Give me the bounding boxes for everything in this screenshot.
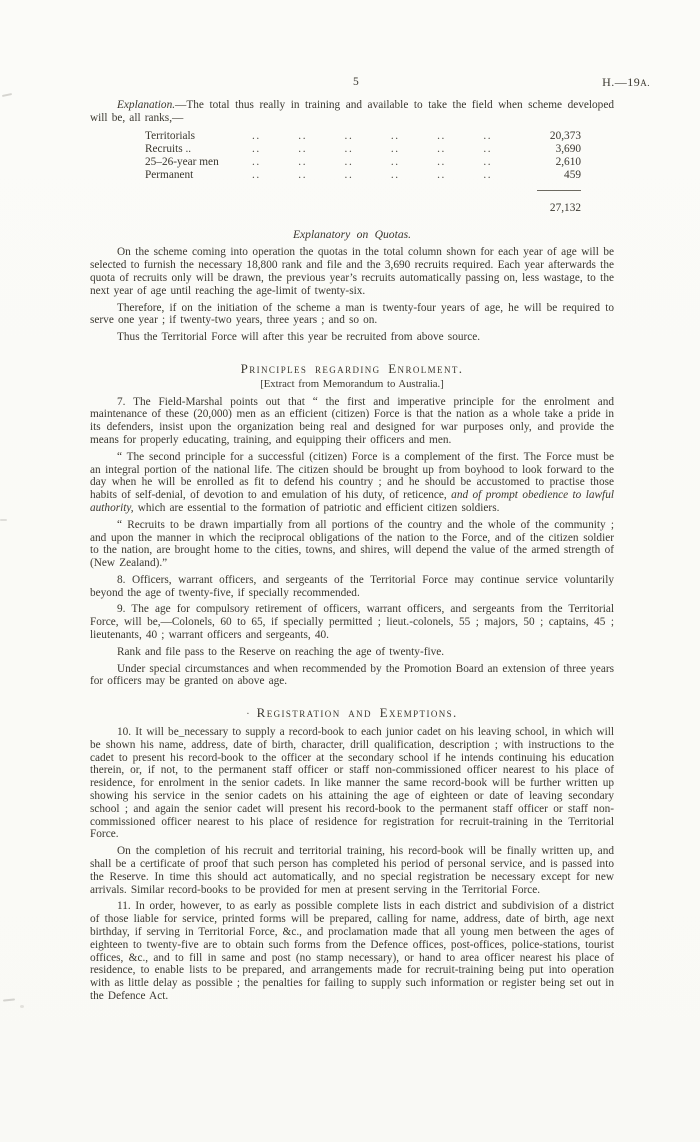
scan-artifact bbox=[3, 998, 15, 1001]
page-content: 5 H.—19A. Explanation.—The total thus re… bbox=[90, 76, 614, 1007]
report-number-main: H.—19 bbox=[602, 75, 640, 89]
quotas-paragraph-3: Thus the Territorial Force will after th… bbox=[90, 331, 614, 344]
row-label: Permanent bbox=[145, 169, 248, 182]
total-value: 27,132 bbox=[145, 202, 581, 215]
table-row: 25–26-year men .. .. .. .. .. .. .. 2,61… bbox=[145, 156, 581, 169]
row-label: Territorials bbox=[145, 130, 248, 143]
dot-leader: .. .. .. .. .. .. .. bbox=[248, 156, 525, 169]
table-row: Recruits .. .. .. .. .. .. .. .. 3,690 bbox=[145, 143, 581, 156]
quotas-paragraph-1: On the scheme coming into operation the … bbox=[90, 246, 614, 297]
explanation-lead: Explanation. bbox=[117, 99, 175, 111]
enrolment-paragraph-recruits: “ Recruits to be drawn impartially from … bbox=[90, 519, 614, 570]
explanation-paragraph: Explanation.—The total thus really in tr… bbox=[90, 99, 614, 125]
second-principle-post: which are essential to the formation of … bbox=[134, 502, 500, 514]
row-value: 2,610 bbox=[525, 156, 581, 169]
section-heading-registration: ·Registration and Exemptions. bbox=[90, 707, 614, 722]
row-value: 3,690 bbox=[525, 143, 581, 156]
dot-leader: .. .. .. .. .. .. .. bbox=[248, 130, 525, 143]
registration-heading-text: Registration and Exemptions. bbox=[257, 705, 458, 720]
row-label: Recruits .. bbox=[145, 143, 248, 156]
enrolment-paragraph-special: Under special circumstances and when rec… bbox=[90, 663, 614, 689]
dot-leader: .. .. .. .. .. .. .. bbox=[248, 169, 525, 182]
page-header: 5 H.—19A. bbox=[90, 76, 614, 91]
scan-artifact bbox=[0, 519, 7, 521]
enrolment-paragraph-second-principle: “ The second principle for a successful … bbox=[90, 451, 614, 515]
registration-paragraph-10: 10. It will be_necessary to supply a rec… bbox=[90, 726, 614, 841]
enrolment-paragraph-7: 7. The Field-Marshal points out that “ t… bbox=[90, 396, 614, 447]
report-number-suffix: A. bbox=[640, 78, 650, 88]
report-number: H.—19A. bbox=[602, 76, 650, 90]
dot-leader: .. .. .. .. .. .. .. bbox=[248, 143, 525, 156]
table-row: Permanent .. .. .. .. .. .. .. 459 bbox=[145, 169, 581, 182]
section-heading-enrolment: Principles regarding Enrolment. bbox=[90, 363, 614, 376]
registration-paragraph-completion: On the completion of his recruit and ter… bbox=[90, 845, 614, 896]
table-total: 27,132 bbox=[145, 182, 581, 215]
enrolment-paragraph-rank: Rank and file pass to the Reserve on rea… bbox=[90, 646, 614, 659]
row-value: 459 bbox=[525, 169, 581, 182]
page-number: 5 bbox=[353, 76, 359, 89]
quotas-paragraph-2: Therefore, if on the initiation of the s… bbox=[90, 302, 614, 328]
section-heading-quotas: Explanatory on Quotas. bbox=[90, 229, 614, 242]
row-value: 20,373 bbox=[525, 130, 581, 143]
total-rule bbox=[537, 190, 581, 191]
scan-artifact bbox=[20, 1005, 24, 1008]
registration-paragraph-11: 11. In order, however, to as early as po… bbox=[90, 900, 614, 1002]
strength-summary-table: Territorials .. .. .. .. .. .. .. 20,373… bbox=[145, 130, 581, 182]
table-row: Territorials .. .. .. .. .. .. .. 20,373 bbox=[145, 130, 581, 143]
row-label: 25–26-year men bbox=[145, 156, 248, 169]
enrolment-paragraph-9: 9. The age for compulsory retirement of … bbox=[90, 603, 614, 641]
scan-artifact bbox=[2, 93, 12, 97]
enrolment-subheading: [Extract from Memorandum to Australia.] bbox=[90, 378, 614, 391]
heading-bullet: · bbox=[246, 709, 249, 720]
scanned-document-page: 5 H.—19A. Explanation.—The total thus re… bbox=[0, 0, 700, 1142]
enrolment-paragraph-8: 8. Officers, warrant officers, and serge… bbox=[90, 574, 614, 600]
